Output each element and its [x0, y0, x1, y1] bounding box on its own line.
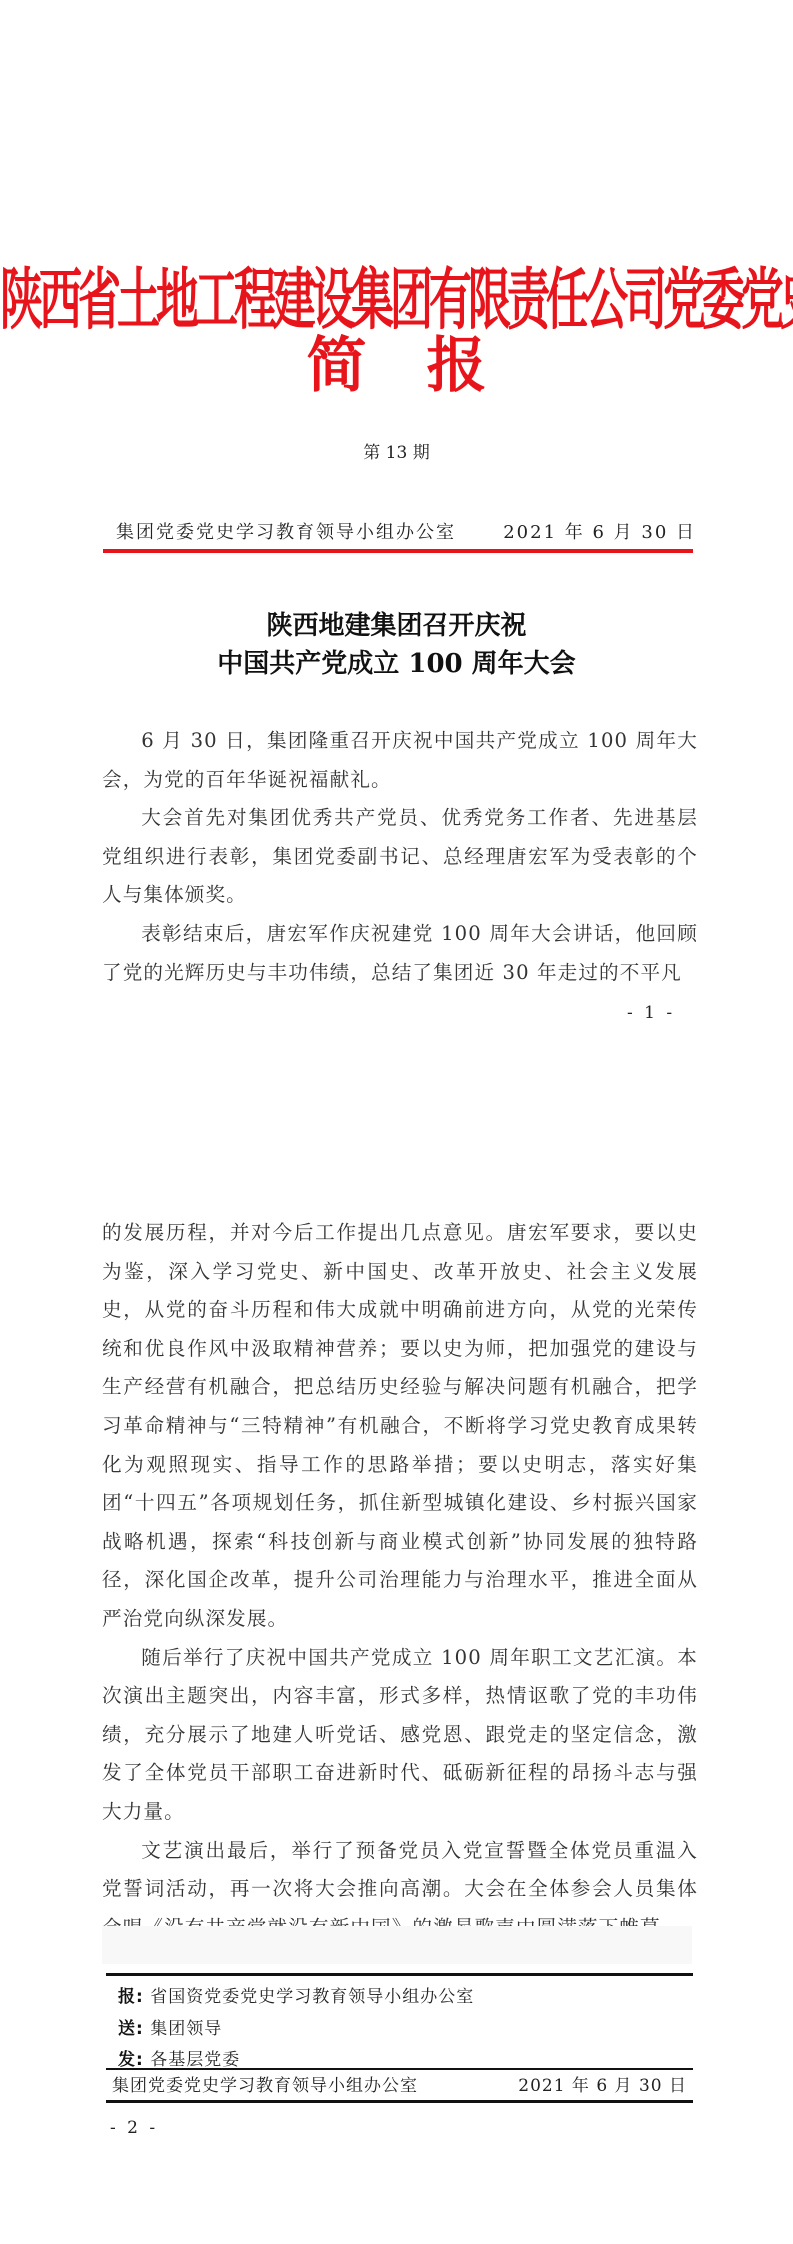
- paragraph: 大会首先对集团优秀共产党员、优秀党务工作者、先进基层党组织进行表彰，集团党委副书…: [102, 799, 698, 915]
- article-title-line-2: 中国共产党成立 100 周年大会: [0, 645, 793, 683]
- footer-date: 2021 年 6 月 30 日: [518, 2071, 687, 2096]
- paragraph-continuation: 的发展历程，并对今后工作提出几点意见。唐宏军要求，要以史为鉴，深入学习党史、新中…: [102, 1214, 698, 1639]
- distribution-top-rule: [106, 1973, 693, 1976]
- distribution-middle-rule: [106, 2068, 693, 2070]
- article-title: 陕西地建集团召开庆祝 中国共产党成立 100 周年大会: [0, 607, 793, 683]
- distribution-bottom-rule: [106, 2100, 693, 2103]
- paragraph: 6 月 30 日，集团隆重召开庆祝中国共产党成立 100 周年大会，为党的百年华…: [102, 722, 698, 799]
- issue-number: 第 13 期: [0, 438, 793, 463]
- red-divider: [103, 549, 693, 553]
- issue-date: 2021 年 6 月 30 日: [503, 518, 696, 544]
- issuer-row: 集团党委党史学习教育领导小组办公室 2021 年 6 月 30 日: [116, 518, 696, 544]
- issuer-name: 集团党委党史学习教育领导小组办公室: [116, 518, 456, 544]
- page-number-2: - 2 -: [110, 2118, 158, 2138]
- article-body-page-1: 6 月 30 日，集团隆重召开庆祝中国共产党成立 100 周年大会，为党的百年华…: [102, 722, 698, 992]
- paragraph: 随后举行了庆祝中国共产党成立 100 周年职工文艺汇演。本次演出主题突出，内容丰…: [102, 1639, 698, 1832]
- send-recipient: 集团领导: [150, 2019, 222, 2039]
- issue-recipient: 各基层党委: [150, 2050, 240, 2070]
- paragraph: 表彰结束后，唐宏军作庆祝建党 100 周年大会讲话，他回顾了党的光辉历史与丰功伟…: [102, 915, 698, 992]
- issue-label: 发:: [118, 2050, 144, 2070]
- report-recipient: 省国资党委党史学习教育领导小组办公室: [150, 1987, 474, 2007]
- briefing-title: 简报: [0, 318, 793, 404]
- blank-band: [102, 1926, 692, 1964]
- distribution-send: 送: 集团领导: [118, 2015, 222, 2043]
- page-number-1: - 1 -: [627, 1003, 675, 1023]
- distribution-report: 报: 省国资党委党史学习教育领导小组办公室: [118, 1983, 474, 2011]
- send-label: 送:: [118, 2019, 144, 2039]
- article-title-line-1: 陕西地建集团召开庆祝: [0, 607, 793, 645]
- footer-issuer: 集团党委党史学习教育领导小组办公室: [112, 2071, 418, 2096]
- footer-row: 集团党委党史学习教育领导小组办公室 2021 年 6 月 30 日: [112, 2071, 687, 2096]
- article-body-page-2: 的发展历程，并对今后工作提出几点意见。唐宏军要求，要以史为鉴，深入学习党史、新中…: [102, 1214, 698, 1947]
- report-label: 报:: [118, 1987, 144, 2007]
